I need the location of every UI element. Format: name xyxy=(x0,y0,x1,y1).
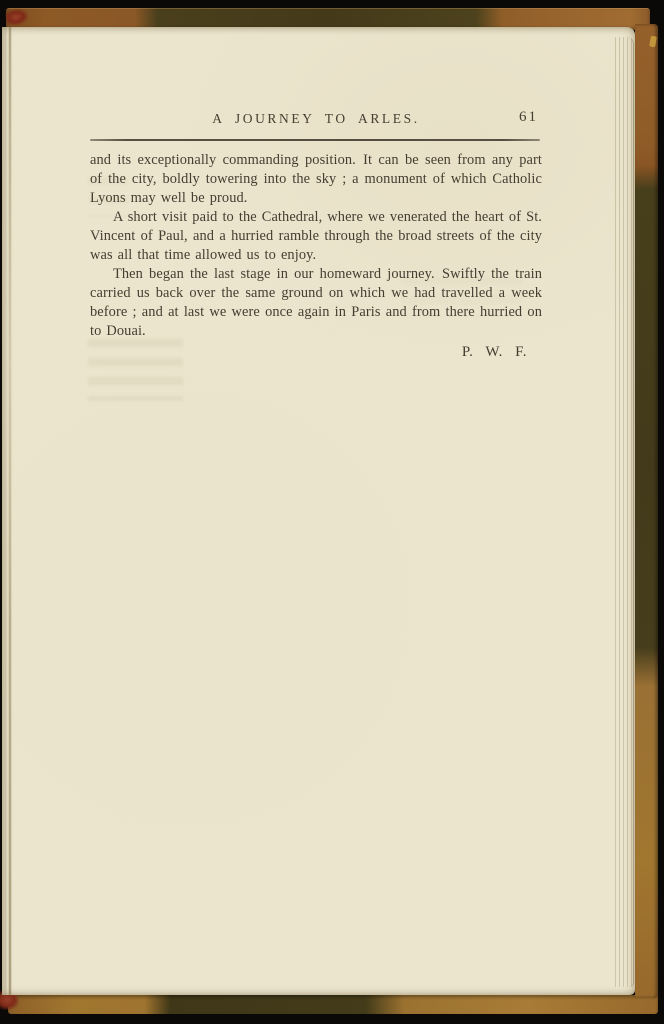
header-rule xyxy=(90,139,540,141)
binding-wear-mark-top xyxy=(5,8,29,27)
author-initials: P. W. F. xyxy=(90,344,542,361)
page-number: 61 xyxy=(519,109,538,126)
paragraph: A short visit paid to the Cathedral, whe… xyxy=(90,208,542,265)
paragraph: Then began the last stage in our homewar… xyxy=(90,265,542,341)
book: A JOURNEY TO ARLES. 61 and its exception… xyxy=(0,0,664,1024)
book-page: A JOURNEY TO ARLES. 61 and its exception… xyxy=(2,27,635,995)
book-cover-fore-edge xyxy=(635,24,658,998)
binding-gutter-crease xyxy=(5,27,6,995)
paragraph: and its exceptionally commanding positio… xyxy=(90,151,542,208)
running-header: A JOURNEY TO ARLES. 61 xyxy=(90,110,542,128)
body-text: and its exceptionally commanding positio… xyxy=(90,151,542,361)
binding-gutter-crease xyxy=(9,27,11,995)
page-title: A JOURNEY TO ARLES. xyxy=(212,111,419,126)
book-cover-bottom-edge xyxy=(8,995,658,1014)
scanned-book-photo: { "page": { "header": { "title": "A JOUR… xyxy=(0,0,664,1024)
page-stack-edges xyxy=(612,37,634,987)
